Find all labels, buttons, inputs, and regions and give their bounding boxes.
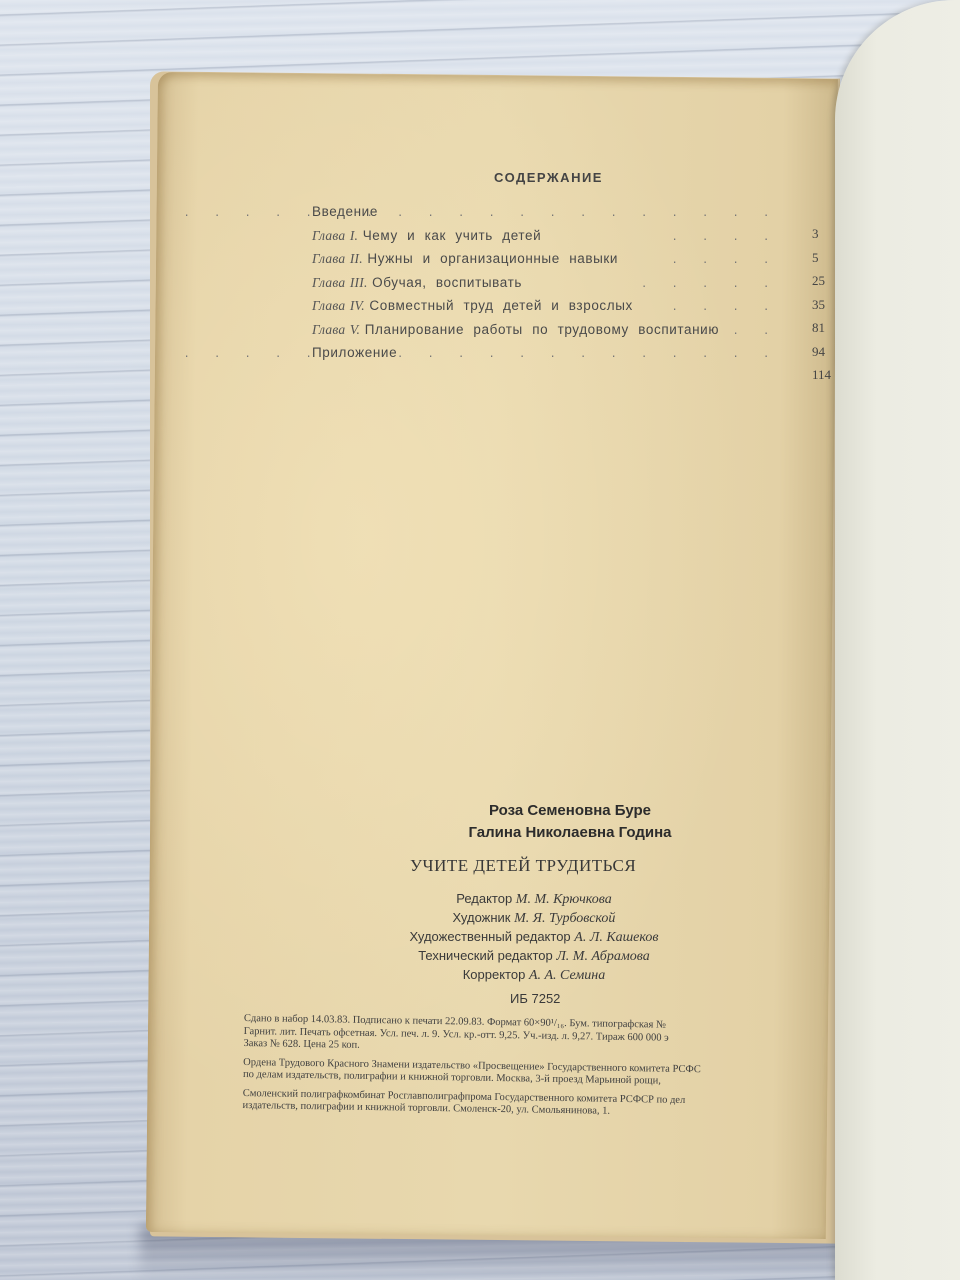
book-title: УЧИТЕ ДЕТЕЙ ТРУДИТЬСЯ: [410, 856, 636, 876]
credit-name: Л. М. Абрамова: [556, 949, 649, 964]
toc-chapter-label: Глава III.: [312, 275, 372, 290]
author-2: Галина Николаевна Година: [420, 822, 720, 844]
credit-line: Художественный редактор А. Л. Кашеков: [364, 928, 704, 947]
toc-page-numbers: 3525358194114: [812, 226, 842, 391]
credit-line: Художник М. Я. Турбовской: [364, 909, 704, 928]
toc-chapter-label: Глава II.: [312, 251, 367, 266]
credit-role: Редактор: [456, 891, 516, 906]
toc-entry: Глава IV. Совместный труд детей и взросл…: [312, 298, 832, 322]
credit-name: А. Л. Кашеков: [574, 930, 658, 945]
toc-page-number: 81: [812, 320, 842, 344]
imprint-paragraph: Смоленский полиграфкомбинат Росглавполиг…: [242, 1087, 832, 1121]
toc-entry: Глава I. Чему и как учить детей. . . .: [312, 228, 832, 252]
toc-leader-dots: . . . .: [673, 322, 777, 337]
toc-leader-dots: . . . . . . . . . . . . . . . . . . . .: [185, 204, 777, 219]
toc-entry-title: Чему и как учить детей: [363, 228, 542, 243]
credit-role: Художник: [453, 910, 515, 925]
author-1: Роза Семеновна Буре: [420, 800, 720, 822]
toc-page-number: 5: [812, 250, 842, 274]
toc-page-number: 114: [812, 367, 842, 391]
toc-leader-dots: . . . . . . . . . . . . . . . . . . . .: [185, 345, 777, 360]
toc-entry-title: Совместный труд детей и взрослых: [369, 298, 633, 313]
authors: Роза Семеновна Буре Галина Николаевна Го…: [420, 800, 720, 844]
imprint: Сдано в набор 14.03.83. Подписано к печа…: [242, 1013, 834, 1128]
ib-number: ИБ 7252: [510, 991, 560, 1006]
toc-entry: Глава V. Планирование работы по трудовом…: [312, 322, 832, 346]
toc-entry-title: Обучая, воспитывать: [372, 275, 522, 290]
toc-leader-dots: . . . .: [673, 228, 777, 243]
credit-line: Технический редактор Л. М. Абрамова: [364, 947, 704, 966]
toc-leader-dots: . . . .: [673, 251, 777, 266]
imprint-line: Заказ № 628. Цена 25 коп.: [243, 1038, 359, 1051]
credit-role: Художественный редактор: [410, 929, 575, 944]
toc-entry: Введение. . . . . . . . . . . . . . . . …: [312, 204, 832, 228]
toc-list: Введение. . . . . . . . . . . . . . . . …: [312, 204, 832, 369]
toc-page-number: 3: [812, 226, 842, 250]
credit-name: М. Я. Турбовской: [514, 911, 615, 926]
credit-line: Корректор А. А. Семина: [364, 966, 704, 985]
toc-title: СОДЕРЖАНИЕ: [494, 170, 603, 185]
toc-entry: Глава III. Обучая, воспитывать. . . . .: [312, 275, 832, 299]
toc-chapter-label: Глава V.: [312, 322, 365, 337]
credit-role: Технический редактор: [418, 948, 556, 963]
credit-name: А. А. Семина: [529, 968, 605, 983]
credit-role: Корректор: [463, 967, 529, 982]
toc-chapter-label: Глава IV.: [312, 298, 369, 313]
imprint-paragraph: Сдано в набор 14.03.83. Подписано к печа…: [243, 1013, 834, 1060]
toc-page-number: 35: [812, 297, 842, 321]
imprint-paragraph: Ордена Трудового Красного Знамени издате…: [243, 1056, 833, 1090]
toc-entry: Приложение. . . . . . . . . . . . . . . …: [312, 345, 832, 369]
toc-entry: Глава II. Нужны и организационные навыки…: [312, 251, 832, 275]
toc-entry-title: Планирование работы по трудовому воспита…: [365, 322, 719, 337]
credit-line: Редактор М. М. Крючкова: [364, 890, 704, 909]
toc-page-number: 94: [812, 344, 842, 368]
toc-leader-dots: . . . .: [673, 298, 777, 313]
page-content: СОДЕРЖАНИЕ Введение. . . . . . . . . . .…: [0, 0, 960, 1280]
toc-page-number: 25: [812, 273, 842, 297]
toc-leader-dots: . . . . .: [642, 275, 777, 290]
toc-entry-title: Нужны и организационные навыки: [367, 251, 618, 266]
credits: Редактор М. М. КрючковаХудожник М. Я. Ту…: [364, 890, 704, 985]
toc-chapter-label: Глава I.: [312, 228, 363, 243]
credit-name: М. М. Крючкова: [516, 892, 612, 907]
